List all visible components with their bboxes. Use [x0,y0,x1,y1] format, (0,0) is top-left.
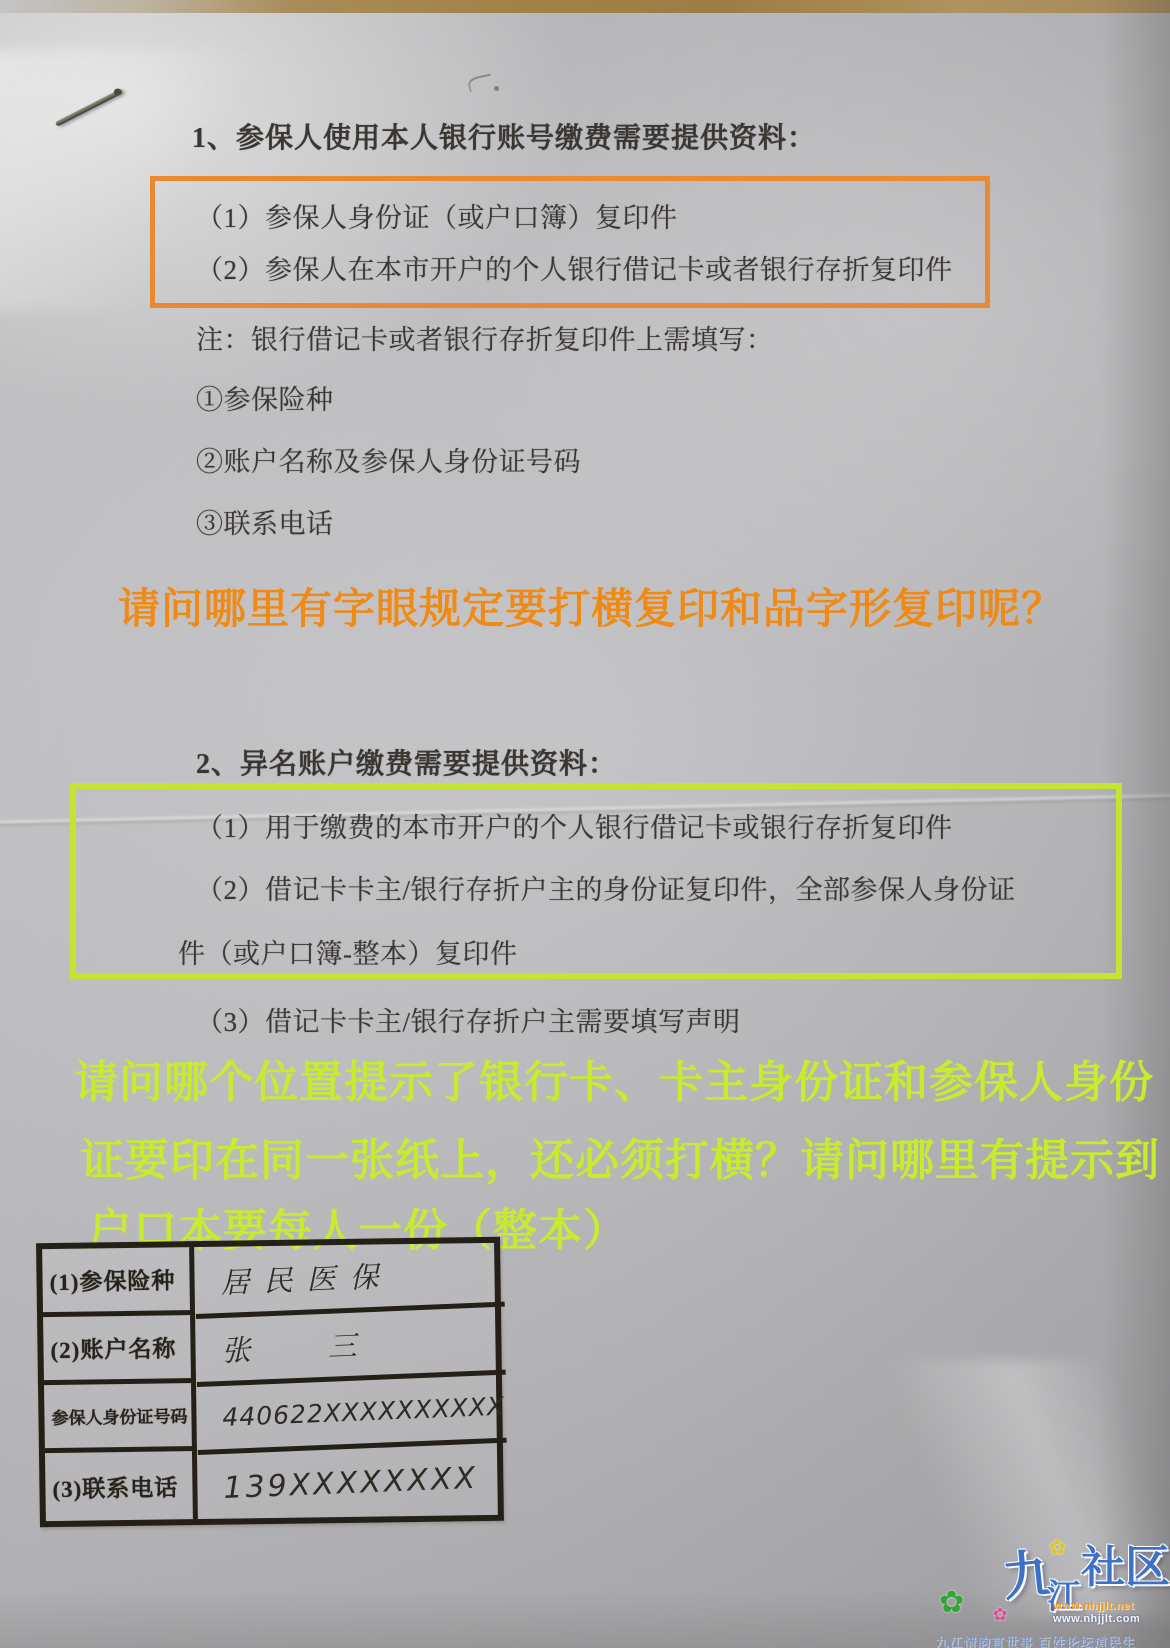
section1-note-item-1: ①参保险种 [196,378,334,417]
table-value-insurance-type: 居民医保 [193,1239,504,1319]
flower-icon-green: ✿ [939,1588,964,1618]
section2-item-3: （3）借记卡卡主/银行存折户主需要填写声明 [196,1000,741,1039]
staple [52,88,132,140]
table-label-insurance-type: (1)参保险种 [42,1247,195,1317]
document-photo: 1、参保人使用本人银行账号缴费需要提供资料： （1）参保人身份证（或户口簿）复印… [0,0,1170,1648]
section2-boxed-item-1: （1）用于缴费的本市开户的个人银行借记卡或银行存折复印件 [196,806,953,845]
desk-edge [0,0,1170,13]
section1-boxed-item-1: （1）参保人身份证（或户口簿）复印件 [196,196,678,235]
flower-icon-pink: ✿ [993,1606,1007,1623]
section2-heading: 2、异名账户缴费需要提供资料： [196,742,617,782]
watermark-char-3: 社 [1081,1546,1125,1590]
table-label-account-name: (2)账户名称 [43,1315,196,1385]
section1-note-item-3: ③联系电话 [196,502,334,541]
site-watermark: ✿ ✿ ✿ 九 江 社 区 www.nhjjlt.net www.nhjjlt.… [933,1538,1170,1648]
section2-boxed-item-2: （2）借记卡卡主/银行存折户主的身份证复印件，全部参保人身份证 [196,868,1016,907]
watermark-char-4: 区 [1125,1544,1170,1589]
annotation-orange: 请问哪里有字眼规定要打横复印和品字形复印呢？ [118,576,1064,636]
pen-mark [467,74,493,93]
table-label-id-number: 参保人身份证号码 [44,1383,197,1453]
payment-info-sample-table: (1)参保险种 居民医保 (2)账户名称 张 三 参保人身份证号码 440622… [36,1237,504,1527]
watermark-tagline: 九江情韵言世事 百姓论坛道民生 [935,1632,1136,1648]
section1-boxed-item-2: （2）参保人在本市开户的个人银行借记卡或者银行存折复印件 [196,248,953,287]
annotation-green-line2: 证要印在同一张纸上，还必须打横？请问哪里有提示到 [80,1124,1160,1188]
pen-dot [494,86,499,91]
section2-boxed-item-2-cont: 件（或户口簿-整本）复印件 [178,932,518,971]
staple-head [113,87,122,96]
annotation-green-line1: 请问哪个位置提示了银行卡、卡主身份证和参保人身份 [74,1046,1154,1110]
table-label-phone: (3)联系电话 [45,1451,198,1521]
watermark-url-com: www.nhjjlt.com [1053,1613,1140,1625]
table-value-id-number: 440622XXXXXXXXXX [195,1375,506,1455]
section1-heading: 1、参保人使用本人银行账号缴费需要提供资料： [192,116,816,156]
table-value-phone: 139XXXXXXXX [196,1443,507,1523]
table-value-account-name: 张 三 [194,1307,505,1387]
section1-note: 注：银行借记卡或者银行存折复印件上需填写： [196,318,774,357]
staple-bar [55,89,123,127]
section1-note-item-2: ②账户名称及参保人身份证号码 [196,440,581,479]
watermark-url-net: www.nhjjlt.net [1053,1600,1134,1612]
